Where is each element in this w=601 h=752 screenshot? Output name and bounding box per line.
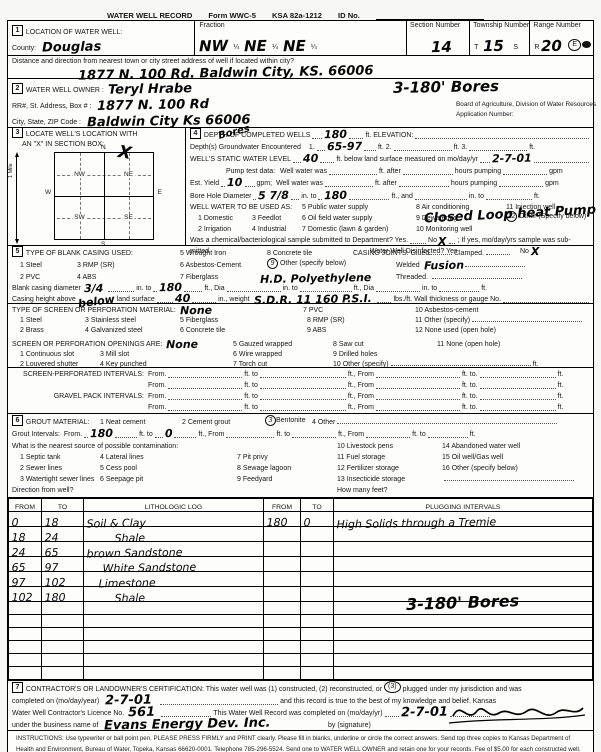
section-7-number: 7: [12, 682, 23, 693]
ft-from: ft., From: [338, 431, 364, 438]
section-1-title: LOCATION OF WATER WELL:: [26, 29, 122, 36]
ft-and: ft., and: [391, 193, 412, 200]
township-s: S: [513, 44, 518, 51]
ft-from: ft., From: [348, 382, 374, 389]
log-row: 2465brown Sandstone: [9, 542, 593, 557]
from: From.: [148, 393, 166, 400]
county-value: Douglas: [42, 42, 101, 52]
ft: ft.: [558, 382, 564, 389]
ft-after: ft. after: [379, 168, 401, 175]
col-header-to: TO: [42, 499, 84, 512]
fraction-1: NW: [199, 42, 228, 52]
gw-ft: ft.: [529, 144, 535, 151]
contamination-option: 14 Abandoned water well: [442, 443, 520, 450]
well-water-was: Well water was: [276, 180, 323, 187]
contamination-option: 7 Pit privy: [237, 454, 268, 461]
ft: ft.: [481, 285, 487, 292]
grout-option: 2 Cement grout: [182, 419, 230, 426]
screen-option: 9 ABS: [307, 327, 326, 334]
col-header-to: TO: [301, 499, 334, 512]
screen-option: 11 Other (specify): [415, 317, 470, 324]
pump-test-label: Pump test data:: [226, 168, 275, 175]
ft-to: ft. to: [244, 393, 258, 400]
casing-option: 2 PVC: [20, 274, 40, 281]
hours-pumping: hours pumping: [455, 168, 501, 175]
casing-option: 7 Fiberglass: [180, 274, 218, 281]
opening-option: 5 Gauzed wrapped: [233, 341, 292, 348]
section-box-diagram: NW NE SW SE N S W E X: [54, 152, 154, 240]
casing-height-value: 40: [175, 294, 190, 303]
quarter-glyph: ¼: [272, 44, 278, 51]
by-signature-label: by (signature): [328, 722, 371, 729]
quad-ne: NE: [122, 171, 135, 178]
contamination-option: 13 Insecticide storage: [337, 476, 405, 483]
range-e-circled: E: [568, 39, 581, 51]
ft-from: ft., From: [348, 393, 374, 400]
lithologic-log-section: 3-180' Bores FROM TO LITHOLOGIC LOG FROM…: [8, 497, 593, 680]
casing-depth-value: 180: [159, 283, 182, 292]
owner-label: WATER WELL OWNER :: [26, 87, 104, 94]
half-line-horizontal: [55, 196, 153, 197]
ft: ft.: [470, 431, 476, 438]
certification-text-3: and this record is true to the best of m…: [280, 698, 496, 705]
form-number: Form WWC-5: [208, 11, 256, 20]
range-value: 20: [541, 42, 562, 51]
ft: ft.: [558, 371, 564, 378]
grout-option: Bentonite: [276, 417, 306, 424]
ft-to: ft. to.: [462, 393, 478, 400]
ft-to: ft. to: [276, 431, 290, 438]
screen-openings-value: None: [166, 340, 198, 350]
sample-rest: ; If yes, mo/day/yrs sample was sub-: [457, 237, 570, 244]
id-label: ID No.: [338, 11, 360, 20]
ft-to: ft. to.: [462, 371, 478, 378]
in-to: in. to: [301, 193, 316, 200]
screen-section: TYPE OF SCREEN OR PERFORATION MATERIAL:N…: [8, 303, 593, 367]
owner-address-value: 1877 N. 100 Rd: [97, 100, 209, 111]
col-header-from: FROM: [9, 499, 42, 512]
screen-option: 3 Stainless steel: [85, 317, 136, 324]
groundwater-value: 65-97: [327, 142, 362, 152]
casing-option: 5 Wrought Iron: [180, 250, 226, 257]
screen-perforated-intervals-label: SCREEN-PERFORATED INTERVALS:: [12, 371, 144, 378]
business-name-value: Evans Energy Dev. Inc.: [104, 719, 271, 731]
static-level-value: 40: [303, 154, 318, 163]
compass-n: N: [101, 144, 106, 151]
opening-option: 1 Continuous slot: [20, 351, 74, 358]
log-from: 97: [8, 571, 41, 587]
distance-row: Distance and direction from nearest town…: [8, 55, 593, 78]
screen-option: 6 Concrete tile: [180, 327, 225, 334]
licence-number: 561: [128, 708, 155, 717]
section-3-4: 3LOCATE WELL'S LOCATION WITH AN "X" IN S…: [8, 127, 593, 245]
ft: ft.: [534, 193, 540, 200]
gpm-label: gpm;: [257, 180, 273, 187]
log-row-empty: [9, 654, 593, 667]
log-to: 97: [41, 556, 83, 572]
section-3-number: 3: [12, 127, 23, 138]
log-row: 1824Shale: [9, 527, 593, 542]
ft: ft.: [558, 393, 564, 400]
log-row-empty: [9, 641, 593, 654]
range-r: R: [534, 44, 539, 51]
opening-option: 8 Saw cut: [333, 341, 364, 348]
ft-to: ft. to: [139, 431, 153, 438]
log-row-empty: [9, 628, 593, 641]
screen-option: 5 Fiberglass: [180, 317, 218, 324]
casing-option-9-circled: 9: [267, 258, 278, 269]
owner-city-value: Baldwin City Ks 66006: [87, 116, 251, 128]
est-yield-label: Est. Yield: [190, 180, 219, 187]
log-to: 180: [41, 586, 83, 602]
bore-diameter-value: 5 7/8: [258, 191, 289, 201]
township-cell: Township Number T15S: [469, 21, 529, 55]
contamination-option: 6 Seepage pit: [100, 476, 143, 483]
log-row: 97102Limestone: [9, 572, 593, 587]
fraction-2: NE: [244, 42, 267, 51]
form-header: WATER WELL RECORD Form WWC-5 KSA 82a-121…: [7, 4, 594, 20]
form-frame: 1LOCATION OF WATER WELL: County:Douglas …: [7, 20, 594, 752]
ft-from: ft., From: [198, 431, 224, 438]
board-of-agriculture-line: Board of Agriculture, Division of Water …: [456, 101, 596, 108]
use-option: 3 Feedlot: [252, 215, 281, 222]
in-to: in. to: [469, 193, 484, 200]
ft-to: ft. to.: [462, 404, 478, 411]
groundwater-label: Depth(s) Groundwater Encountered: [190, 144, 301, 151]
section-1-number: 1: [12, 25, 23, 36]
log-from: 18: [8, 526, 41, 542]
section-number-cell: Section Number 14: [406, 21, 469, 55]
water-well-record-form: WATER WELL RECORD Form WWC-5 KSA 82a-121…: [0, 0, 601, 752]
one-mile-label: 1 Mile: [8, 161, 14, 180]
use-block: Closed Loop heat Pump WELL WATER TO BE U…: [186, 201, 593, 234]
contamination-option: 15 Oil well/Gas well: [442, 454, 503, 461]
ft-dia: ft., Dia: [354, 285, 374, 292]
completed-on-label: completed on (mo/day/year): [12, 698, 99, 705]
gpm: gpm: [545, 180, 559, 187]
owner-address-label: RR#, St. Address, Box # :: [12, 103, 91, 110]
owner-city-label: City, State, ZIP Code :: [12, 119, 81, 126]
screen-option: 10 Asbestos-cement: [415, 307, 478, 314]
contamination-option: 12 Fertilizer storage: [337, 465, 399, 472]
quad-se: SE: [122, 214, 135, 221]
casing-joints-glued: CASING JOINTS: Glued.: [353, 250, 431, 257]
sample-question: Was a chemical/bacteriological sample su…: [190, 237, 408, 244]
county-label: County:: [12, 45, 36, 52]
section-2-owner: 2WATER WELL OWNER :Teryl Hrabe RR#, St. …: [8, 78, 593, 127]
section-7-certification: 7CONTRACTOR'S OR LANDOWNER'S CERTIFICATI…: [8, 680, 593, 730]
use-option: 4 Industrial: [252, 226, 286, 233]
contamination-option: 10 Livestock pens: [337, 443, 393, 450]
bore-depth-value: 180: [324, 191, 347, 200]
compass-w: W: [45, 189, 51, 196]
casing-option: 3 RMP (SR): [77, 262, 115, 269]
distance-label: Distance and direction from nearest town…: [12, 58, 294, 65]
from: From.: [148, 382, 166, 389]
casing-joints-clamped: Clamped.: [454, 250, 484, 257]
in-to: in. to: [136, 285, 151, 292]
grout-from-value: 180: [90, 429, 113, 438]
section-2-number: 2: [12, 83, 23, 94]
section-3-title-2: AN "X" IN SECTION BOX:: [22, 141, 104, 148]
licence-label: Water Well Contractor's Licence No.: [12, 710, 124, 717]
section-5-number: 5: [12, 246, 23, 257]
section-number-value: 14: [431, 43, 452, 52]
log-to: 18: [41, 511, 83, 527]
log-from: 24: [8, 541, 41, 557]
screen-option: 7 PVC: [303, 307, 323, 314]
screen-material-title: TYPE OF SCREEN OR PERFORATION MATERIAL:: [12, 307, 176, 314]
col-header-log: LITHOLOGIC LOG: [84, 499, 264, 512]
hours-pumping: hours pumping: [451, 180, 497, 187]
paper: WATER WELL RECORD Form WWC-5 KSA 82a-121…: [7, 4, 594, 752]
ft-to: ft. to: [244, 404, 258, 411]
casing-diameter-value: 3/4: [84, 284, 103, 293]
welded-label: Welded: [396, 262, 420, 269]
no-label: No: [428, 237, 437, 244]
intervals-section: SCREEN-PERFORATED INTERVALS:From.ft. tof…: [8, 367, 593, 413]
ink-blob: [582, 41, 591, 48]
section-3-locate: 3LOCATE WELL'S LOCATION WITH AN "X" IN S…: [8, 128, 185, 245]
location-cell: 1LOCATION OF WATER WELL: County:Douglas: [8, 21, 194, 55]
est-yield-value: 10: [227, 178, 242, 187]
opening-option: 9 Drilled holes: [333, 351, 377, 358]
casing-option: 1 Steel: [20, 262, 42, 269]
plugging-bores-note: 3-180' Bores: [406, 596, 519, 609]
ft-after: ft. after: [375, 180, 397, 187]
grout-option-3-circled: 3: [265, 415, 276, 426]
form-title: WATER WELL RECORD: [107, 11, 192, 20]
one-mile-scale: [16, 156, 17, 240]
welded-value: Fusion: [424, 261, 464, 271]
use-option: 6 Oil field water supply: [302, 215, 372, 222]
business-name-label: under the business name of: [12, 722, 98, 729]
contamination-option: 1 Septic tank: [20, 454, 60, 461]
circled-3-plugged: (3): [384, 681, 401, 693]
screen-option: 12 None used (open hole): [415, 327, 496, 334]
fraction-cell: Fraction NW¼ NE¼ NE¼: [194, 21, 406, 55]
log-from: 0: [8, 511, 41, 527]
use-option: 7 Domestic (lawn & garden): [302, 226, 388, 233]
static-level-mid: ft. below land surface measured on mo/da…: [336, 156, 478, 163]
from: From.: [148, 371, 166, 378]
application-number-label: Application Number:: [456, 111, 514, 118]
section-number-label: Section Number: [410, 22, 460, 29]
gw-1: 1.: [309, 144, 315, 151]
ft-from: ft., From: [348, 404, 374, 411]
in-weight: in., weight: [218, 296, 250, 303]
log-row: 6597White Sandstone: [9, 557, 593, 572]
gw-3: ft. 3.: [454, 144, 468, 151]
wall-thickness-label: lbs./ft. Wall thickness or gauge No.: [393, 296, 501, 303]
grout-material-title: GROUT MATERIAL:: [26, 419, 90, 426]
well-water-was: Well water was: [280, 168, 327, 175]
instructions: INSTRUCTIONS: Use typewriter or ball poi…: [8, 730, 593, 752]
contamination-option: 2 Sewer lines: [20, 465, 62, 472]
id-blank: [376, 12, 484, 20]
section-3-title-1: LOCATE WELL'S LOCATION WITH: [26, 131, 138, 138]
screen-openings-title: SCREEN OR PERFORATION OPENINGS ARE:: [12, 341, 162, 348]
use-title: WELL WATER TO BE USED AS:: [190, 204, 292, 211]
ft-to: ft. to: [412, 431, 426, 438]
certification-text-2: plugged under my jurisdiction and was: [403, 686, 522, 693]
quad-sw: SW: [72, 214, 86, 221]
quarter-glyph: ¼: [234, 44, 240, 51]
log-row-empty: [9, 615, 593, 628]
ft-to: ft. to: [244, 382, 258, 389]
township-value: 15: [483, 42, 504, 51]
in-to: in. to: [283, 285, 298, 292]
use-option: 1 Domestic: [198, 215, 233, 222]
from: From.: [148, 404, 166, 411]
quarter-glyph: ¼: [311, 44, 317, 51]
log-to: 102: [41, 571, 83, 587]
threaded-label: Threaded.: [396, 274, 428, 281]
fraction-3: NE: [283, 42, 306, 51]
contamination-question: What is the nearest source of possible c…: [12, 443, 178, 450]
casing-height-label-1: Casing height above: [12, 296, 76, 303]
plug-to: 0: [300, 511, 333, 527]
screen-option: 8 RMP (SR): [307, 317, 345, 324]
section-5-title: TYPE OF BLANK CASING USED:: [26, 250, 133, 257]
township-t: T: [474, 44, 478, 51]
contamination-option: 3 Watertight sewer lines: [20, 476, 94, 483]
log-row: 018Soil & Clay1800High Solids through a …: [9, 512, 593, 527]
contamination-option: 9 Feedyard: [237, 476, 272, 483]
static-level-label: WELL'S STATIC WATER LEVEL: [190, 156, 291, 163]
col-header-from: FROM: [264, 499, 301, 512]
section-6-number: 6: [12, 415, 23, 426]
use-option: 10 Monitoring well: [416, 226, 472, 233]
casing-height-label-2: land surface: [117, 296, 155, 303]
log-from: 102: [8, 586, 41, 602]
log-from: 65: [8, 556, 41, 572]
gravel-pack-intervals-label: GRAVEL PACK INTERVALS:: [12, 393, 144, 400]
static-level-date: 2-7-01: [492, 154, 532, 164]
casing-option: 6 Asbestos-Cement: [180, 262, 241, 269]
opening-option: 3 Mill slot: [100, 351, 129, 358]
contamination-option: 4 Lateral lines: [100, 454, 144, 461]
ft-dia: ft., Dia: [204, 285, 224, 292]
lithologic-log-table: FROM TO LITHOLOGIC LOG FROM TO PLUGGING …: [8, 498, 593, 680]
grout-to-value: 0: [165, 429, 173, 438]
ft-to: ft. to: [244, 371, 258, 378]
well-x-mark: X: [117, 148, 131, 159]
log-row-empty: [9, 667, 593, 680]
grout-option: 4 Other: [312, 419, 335, 426]
screen-option: 2 Brass: [20, 327, 44, 334]
screen-option: 4 Galvanized steel: [85, 327, 143, 334]
compass-e: E: [158, 189, 162, 196]
opening-option: 11 None (open hole): [437, 341, 500, 348]
gpm: gpm: [549, 168, 563, 175]
direction-question: Direction from well?: [12, 487, 73, 494]
log-to: 65: [41, 541, 83, 557]
casing-diameter-label: Blank casing diameter: [12, 285, 81, 292]
ft-from: ft., From: [348, 371, 374, 378]
in-to: in. to: [422, 285, 437, 292]
opening-option: 6 Wire wrapped: [233, 351, 282, 358]
record-completed-date: 2-7-01: [401, 708, 448, 718]
contamination-option: 16 Other (specify below): [442, 465, 518, 472]
grout-option: 1 Neat cement: [100, 419, 146, 426]
plug-from: 180: [263, 511, 300, 527]
grout-intervals-label: Grout Intervals:: [12, 431, 60, 438]
from: From.: [64, 431, 82, 438]
use-option: 2 Irrigation: [198, 226, 231, 233]
casing-option: Other (specify below): [280, 260, 346, 267]
use-option: 5 Public water supply: [302, 204, 368, 211]
section-1-location: 1LOCATION OF WATER WELL: County:Douglas …: [8, 21, 593, 55]
gw-2: ft. 2.: [378, 144, 392, 151]
ft: ft.: [558, 404, 564, 411]
contamination-option: 11 Fuel storage: [337, 454, 385, 461]
log-desc: Shale: [83, 585, 263, 603]
owner-value: Teryl Hrabe: [108, 84, 192, 94]
elevation-label: ft. ELEVATION:: [365, 132, 413, 139]
ksa-number: KSA 82a-1212: [272, 11, 322, 20]
contamination-option: 5 Cess pool: [100, 465, 137, 472]
bore-diameter-label: Bore Hole Diameter: [190, 193, 251, 200]
casing-option: 4 ABS: [77, 274, 96, 281]
ft-to: ft. to.: [462, 382, 478, 389]
casing-option: 8 Concrete tile: [267, 250, 312, 257]
bores-note: 3-180' Bores: [393, 82, 499, 93]
screen-option: 1 Steel: [20, 317, 42, 324]
log-to: 24: [41, 526, 83, 542]
section-4-number: 4: [190, 128, 201, 139]
certification-text-1: CONTRACTOR'S OR LANDOWNER'S CERTIFICATIO…: [26, 686, 382, 693]
contamination-option: 8 Sewage lagoon: [237, 465, 291, 472]
quad-nw: NW: [72, 171, 87, 178]
depth-completed-value: 180: [324, 130, 347, 139]
section-6-grout: 6GROUT MATERIAL:1 Neat cement2 Cement gr…: [8, 413, 593, 497]
how-many-feet-question: How many feet?: [337, 487, 388, 494]
section-4-well-data: Bores 4DEPTH OF COMPLETED WELLS180ft. EL…: [185, 128, 593, 245]
screen-material-value: None: [180, 306, 212, 316]
range-cell: Range Number R20E: [529, 21, 593, 55]
section-5-casing: 5TYPE OF BLANK CASING USED:5 Wrought Iro…: [8, 245, 593, 303]
